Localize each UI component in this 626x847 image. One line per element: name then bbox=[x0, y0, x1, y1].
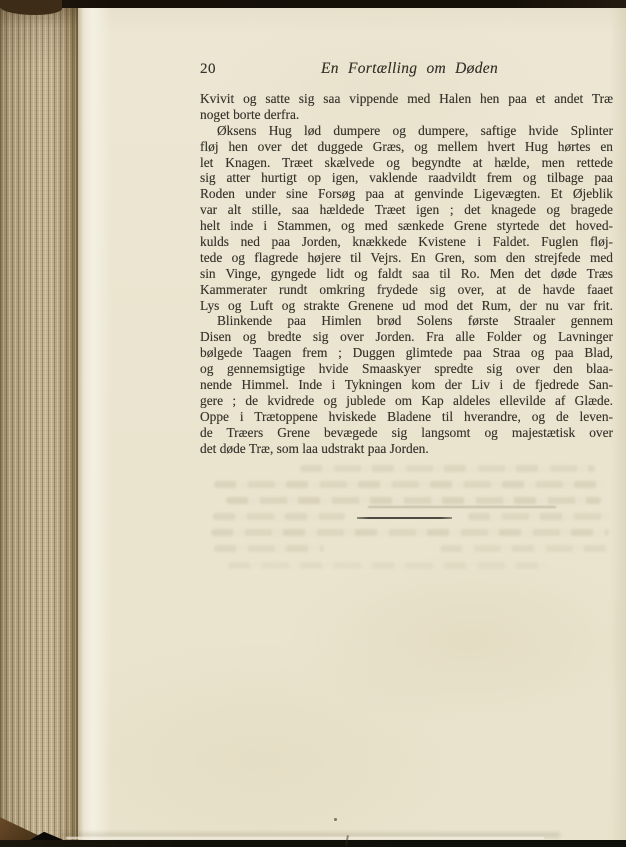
ghost-text-line bbox=[300, 465, 595, 472]
text-line: sig atter hurtigt op igen, vaklende raad… bbox=[200, 170, 613, 186]
text-line: kulds ned paa Jorden, knækkede Kvistene … bbox=[200, 234, 613, 250]
ghost-text-line bbox=[213, 513, 345, 520]
page-fore-edge-highlight bbox=[76, 8, 112, 847]
ghost-text-line bbox=[211, 529, 609, 536]
scan-speck bbox=[334, 818, 337, 821]
text-line: Oppe i Trætoppene hviskede Bladene til h… bbox=[200, 409, 613, 425]
section-divider-rule bbox=[357, 517, 452, 519]
ghost-text-line bbox=[468, 513, 610, 520]
text-line: Blinkende paa Himlen brød Solens første … bbox=[200, 313, 613, 329]
text-line: det døde Træ, som laa udstrakt paa Jorde… bbox=[200, 441, 613, 457]
ghost-text-line bbox=[440, 545, 608, 552]
text-line: og gennemsigtige hvide Smaaskyer spredte… bbox=[200, 361, 613, 377]
page-bottom-edge bbox=[66, 837, 544, 839]
page-number: 20 bbox=[200, 61, 216, 78]
body-text: Kvivit og satte sig saa vippende med Hal… bbox=[200, 91, 613, 456]
text-line: fløj hen over det duggede Græs, og melle… bbox=[200, 139, 613, 155]
ghost-text-line bbox=[214, 481, 606, 488]
text-line: Disen og bredte sig over Jorden. Fra all… bbox=[200, 329, 613, 345]
scanned-book-page: 20 En Fortælling om Døden Kvivit og satt… bbox=[0, 0, 626, 847]
text-line: sin Vinge, gyngede lidt og faldt saa til… bbox=[200, 266, 613, 282]
text-line: helt inde i Stammen, og med sænkede Gren… bbox=[200, 218, 613, 234]
ghost-text-line bbox=[226, 497, 601, 504]
text-line: Roden under sine Forsøg paa at genvinde … bbox=[200, 186, 613, 202]
text-line: var alt stille, saa hældede Træet igen ;… bbox=[200, 202, 613, 218]
text-line: noget borte derfra. bbox=[200, 107, 613, 123]
text-line: Lys og Luft og strakte Grenene ud mod de… bbox=[200, 298, 613, 314]
text-line: nende Himmel. Inde i Tykningen kom der L… bbox=[200, 377, 613, 393]
text-line: Øksens Hug lød dumpere og dumpere, safti… bbox=[200, 123, 613, 139]
running-title: En Fortælling om Døden bbox=[200, 60, 613, 78]
ghost-text-line bbox=[228, 562, 548, 569]
text-line: gere ; de kvidrede og jublede om Kap ald… bbox=[200, 393, 613, 409]
stacked-page-edges bbox=[0, 8, 78, 847]
ghost-underline bbox=[368, 506, 556, 508]
text-line: let Knagen. Træet skælvede og begyndte a… bbox=[200, 155, 613, 171]
ghost-text-line bbox=[214, 545, 324, 552]
text-line: Kvivit og satte sig saa vippende med Hal… bbox=[200, 91, 613, 107]
bottom-cover-edge bbox=[0, 840, 626, 847]
text-line: de Træers Grene bevægede sig langsomt og… bbox=[200, 425, 613, 441]
page-header: 20 En Fortælling om Døden bbox=[200, 60, 613, 80]
text-line: bølgede Taagen frem ; Duggen glimtede pa… bbox=[200, 345, 613, 361]
text-line: Kammerater rundt omkring frydede sig ove… bbox=[200, 282, 613, 298]
top-cover-edge bbox=[0, 0, 626, 8]
text-line: tede og flagrede højere til Vejrs. En Gr… bbox=[200, 250, 613, 266]
